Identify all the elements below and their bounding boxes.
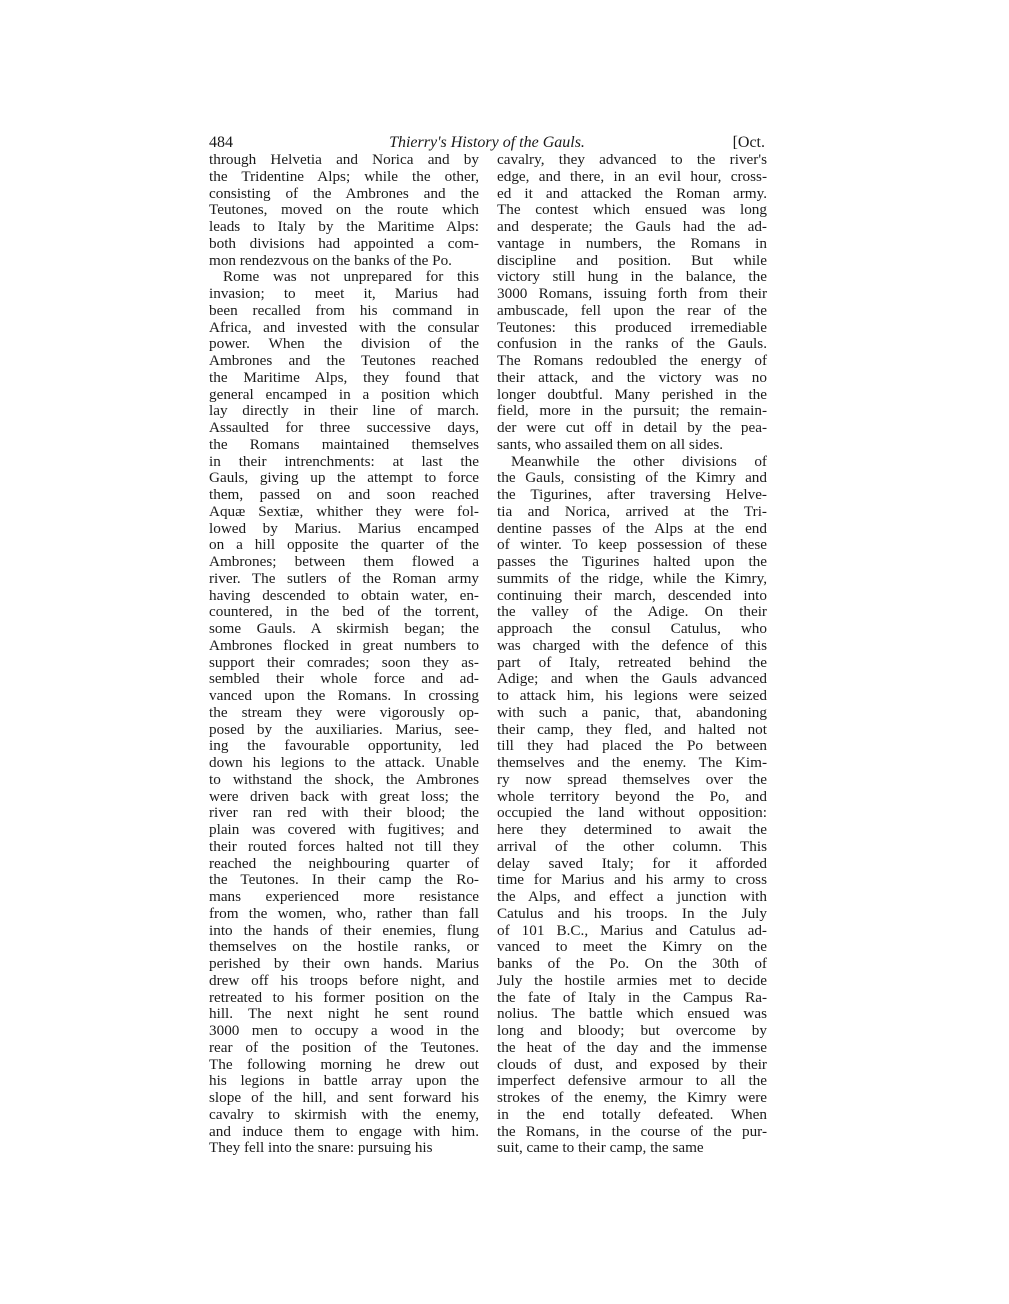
text-line: arrival of the other column. This bbox=[497, 839, 767, 856]
text-line: clouds of dust, and exposed by their bbox=[497, 1057, 767, 1074]
text-line: consisting of the Ambrones and the bbox=[209, 186, 479, 203]
text-line: discipline and position. But while bbox=[497, 253, 767, 270]
text-line: here they determined to await the bbox=[497, 822, 767, 839]
text-line: rear of the position of the Teutones. bbox=[209, 1040, 479, 1057]
text-line: imperfect defensive armour to all the bbox=[497, 1073, 767, 1090]
text-line: his legions in battle array upon the bbox=[209, 1073, 479, 1090]
text-line: leads to Italy by the Maritime Alps: bbox=[209, 219, 479, 236]
text-line: in the end totally defeated. When bbox=[497, 1107, 767, 1124]
text-line: been recalled from his command in bbox=[209, 303, 479, 320]
text-line: longer doubtful. Many perished in the bbox=[497, 387, 767, 404]
text-line: was charged with the defence of this bbox=[497, 638, 767, 655]
text-line: the Tigurines, after traversing Helve- bbox=[497, 487, 767, 504]
text-line: passes the Tigurines halted upon the bbox=[497, 554, 767, 571]
text-line: lowed by Marius. Marius encamped bbox=[209, 521, 479, 538]
text-line: perished by their own hands. Marius bbox=[209, 956, 479, 973]
text-line: Meanwhile the other divisions of bbox=[497, 454, 767, 471]
text-line: support their comrades; soon they as- bbox=[209, 655, 479, 672]
text-line: the heat of the day and the immense bbox=[497, 1040, 767, 1057]
text-line: were driven back with great loss; the bbox=[209, 789, 479, 806]
text-line: reached the neighbouring quarter of bbox=[209, 856, 479, 873]
text-line: approach the consul Catulus, who bbox=[497, 621, 767, 638]
text-line: Catulus and his troops. In the July bbox=[497, 906, 767, 923]
text-line: July the hostile armies met to decide bbox=[497, 973, 767, 990]
text-line: the Romans, in the course of the pur- bbox=[497, 1124, 767, 1141]
text-line: confusion in the ranks of the Gauls. bbox=[497, 336, 767, 353]
text-line: cavalry to skirmish with the enemy, bbox=[209, 1107, 479, 1124]
text-line: with such a panic, that, abandoning bbox=[497, 705, 767, 722]
text-line: the Romans maintained themselves bbox=[209, 437, 479, 454]
text-line: themselves on the hostile ranks, or bbox=[209, 939, 479, 956]
text-line: long and bloody; but overcome by bbox=[497, 1023, 767, 1040]
text-line: Ambrones flocked in great numbers to bbox=[209, 638, 479, 655]
text-line: The contest which ensued was long bbox=[497, 202, 767, 219]
text-line: 3000 Romans, issuing forth from their bbox=[497, 286, 767, 303]
text-line: Rome was not unprepared for this bbox=[209, 269, 479, 286]
text-line: Ambrones and the Teutones reached bbox=[209, 353, 479, 370]
text-line: on a hill opposite the quarter of the bbox=[209, 537, 479, 554]
document-page: 484 Thierry's History of the Gauls. [Oct… bbox=[0, 0, 1009, 1304]
text-line: tia and Norica, arrived at the Tri- bbox=[497, 504, 767, 521]
text-line: nolius. The battle which ensued was bbox=[497, 1006, 767, 1023]
text-line: mon rendezvous on the banks of the Po. bbox=[209, 253, 479, 270]
text-line: to withstand the shock, the Ambrones bbox=[209, 772, 479, 789]
text-line: having descended to obtain water, en- bbox=[209, 588, 479, 605]
text-line: suit, came to their camp, the same bbox=[497, 1140, 767, 1157]
text-line: 3000 men to occupy a wood in the bbox=[209, 1023, 479, 1040]
running-title: Thierry's History of the Gauls. bbox=[209, 133, 765, 153]
text-line: slope of the hill, and sent forward his bbox=[209, 1090, 479, 1107]
text-line: in their intrenchments: at last the bbox=[209, 454, 479, 471]
text-line: their camp, they fled, and halted not bbox=[497, 722, 767, 739]
text-line: of 101 B.C., Marius and Catulus ad- bbox=[497, 923, 767, 940]
text-line: Adige; and when the Gauls advanced bbox=[497, 671, 767, 688]
text-line: posed by the auxiliaries. Marius, see- bbox=[209, 722, 479, 739]
text-line: vanced upon the Romans. In crossing bbox=[209, 688, 479, 705]
text-line: ing the favourable opportunity, led bbox=[209, 738, 479, 755]
text-line: delay saved Italy; for it afforded bbox=[497, 856, 767, 873]
text-line: of winter. To keep possession of these bbox=[497, 537, 767, 554]
text-line: the Gauls, consisting of the Kimry and bbox=[497, 470, 767, 487]
text-line: the Alps, and effect a junction with bbox=[497, 889, 767, 906]
text-line: whole territory beyond the Po, and bbox=[497, 789, 767, 806]
text-line: dentine passes of the Alps at the end bbox=[497, 521, 767, 538]
text-line: the Tridentine Alps; while the other, bbox=[209, 169, 479, 186]
text-line: Gauls, giving up the attempt to force bbox=[209, 470, 479, 487]
text-line: and desperate; the Gauls had the ad- bbox=[497, 219, 767, 236]
text-line: till they had placed the Po between bbox=[497, 738, 767, 755]
text-line: Africa, and invested with the consular bbox=[209, 320, 479, 337]
text-line: ry now spread themselves over the bbox=[497, 772, 767, 789]
text-line: Teutones, moved on the route which bbox=[209, 202, 479, 219]
text-line: vanced to meet the Kimry on the bbox=[497, 939, 767, 956]
text-line: victory still hung in the balance, the bbox=[497, 269, 767, 286]
text-line: plain was covered with fugitives; and bbox=[209, 822, 479, 839]
text-line: field, more in the pursuit; the remain- bbox=[497, 403, 767, 420]
text-line: themselves and the enemy. The Kim- bbox=[497, 755, 767, 772]
text-line: some Gauls. A skirmish began; the bbox=[209, 621, 479, 638]
right-column: cavalry, they advanced to the river'sedg… bbox=[497, 152, 767, 1157]
text-line: their attack, and the victory was no bbox=[497, 370, 767, 387]
text-line: continuing their march, descended into bbox=[497, 588, 767, 605]
left-column: through Helvetia and Norica and bythe Tr… bbox=[209, 152, 479, 1157]
text-line: edge, and there, in an evil hour, cross- bbox=[497, 169, 767, 186]
text-line: sants, who assailed them on all sides. bbox=[497, 437, 767, 454]
text-line: The Romans redoubled the energy of bbox=[497, 353, 767, 370]
text-line: their routed forces halted not till they bbox=[209, 839, 479, 856]
text-line: der were cut off in detail by the pea- bbox=[497, 420, 767, 437]
text-line: cavalry, they advanced to the river's bbox=[497, 152, 767, 169]
text-line: strokes of the enemy, the Kimry were bbox=[497, 1090, 767, 1107]
text-line: general encamped in a position which bbox=[209, 387, 479, 404]
text-line: power. When the division of the bbox=[209, 336, 479, 353]
text-line: into the hands of their enemies, flung bbox=[209, 923, 479, 940]
text-line: river ran red with their blood; the bbox=[209, 805, 479, 822]
running-head: 484 Thierry's History of the Gauls. [Oct… bbox=[209, 133, 765, 153]
text-line: the Maritime Alps, they found that bbox=[209, 370, 479, 387]
text-line: part of Italy, retreated behind the bbox=[497, 655, 767, 672]
text-line: Aquæ Sextiæ, whither they were fol- bbox=[209, 504, 479, 521]
text-line: sembled their whole force and ad- bbox=[209, 671, 479, 688]
text-line: mans experienced more resistance bbox=[209, 889, 479, 906]
text-line: ambuscade, fell upon the rear of the bbox=[497, 303, 767, 320]
text-line: time for Marius and his army to cross bbox=[497, 872, 767, 889]
text-line: them, passed on and soon reached bbox=[209, 487, 479, 504]
text-line: invasion; to meet it, Marius had bbox=[209, 286, 479, 303]
text-line: from the women, who, rather than fall bbox=[209, 906, 479, 923]
text-line: river. The sutlers of the Roman army bbox=[209, 571, 479, 588]
text-line: the Teutones. In their camp the Ro- bbox=[209, 872, 479, 889]
text-line: retreated to his former position on the bbox=[209, 990, 479, 1007]
text-line: The following morning he drew out bbox=[209, 1057, 479, 1074]
text-line: drew off his troops before night, and bbox=[209, 973, 479, 990]
text-line: hill. The next night he sent round bbox=[209, 1006, 479, 1023]
text-line: countered, in the bed of the torrent, bbox=[209, 604, 479, 621]
issue-month: [Oct. bbox=[733, 133, 765, 153]
text-line: Ambrones; between them flowed a bbox=[209, 554, 479, 571]
text-line: both divisions had appointed a com- bbox=[209, 236, 479, 253]
text-line: the stream they were vigorously op- bbox=[209, 705, 479, 722]
text-line: the fate of Italy in the Campus Ra- bbox=[497, 990, 767, 1007]
text-line: and induce them to engage with him. bbox=[209, 1124, 479, 1141]
text-line: vantage in numbers, the Romans in bbox=[497, 236, 767, 253]
text-line: lay directly in their line of march. bbox=[209, 403, 479, 420]
text-line: occupied the land without opposition: bbox=[497, 805, 767, 822]
text-line: Assaulted for three successive days, bbox=[209, 420, 479, 437]
text-line: to attack him, his legions were seized bbox=[497, 688, 767, 705]
text-line: banks of the Po. On the 30th of bbox=[497, 956, 767, 973]
text-line: Teutones: this produced irremediable bbox=[497, 320, 767, 337]
text-line: ed it and attacked the Roman army. bbox=[497, 186, 767, 203]
text-line: through Helvetia and Norica and by bbox=[209, 152, 479, 169]
text-line: down his legions to the attack. Unable bbox=[209, 755, 479, 772]
text-line: They fell into the snare: pursuing his bbox=[209, 1140, 479, 1157]
text-line: summits of the ridge, while the Kimry, bbox=[497, 571, 767, 588]
text-line: the valley of the Adige. On their bbox=[497, 604, 767, 621]
